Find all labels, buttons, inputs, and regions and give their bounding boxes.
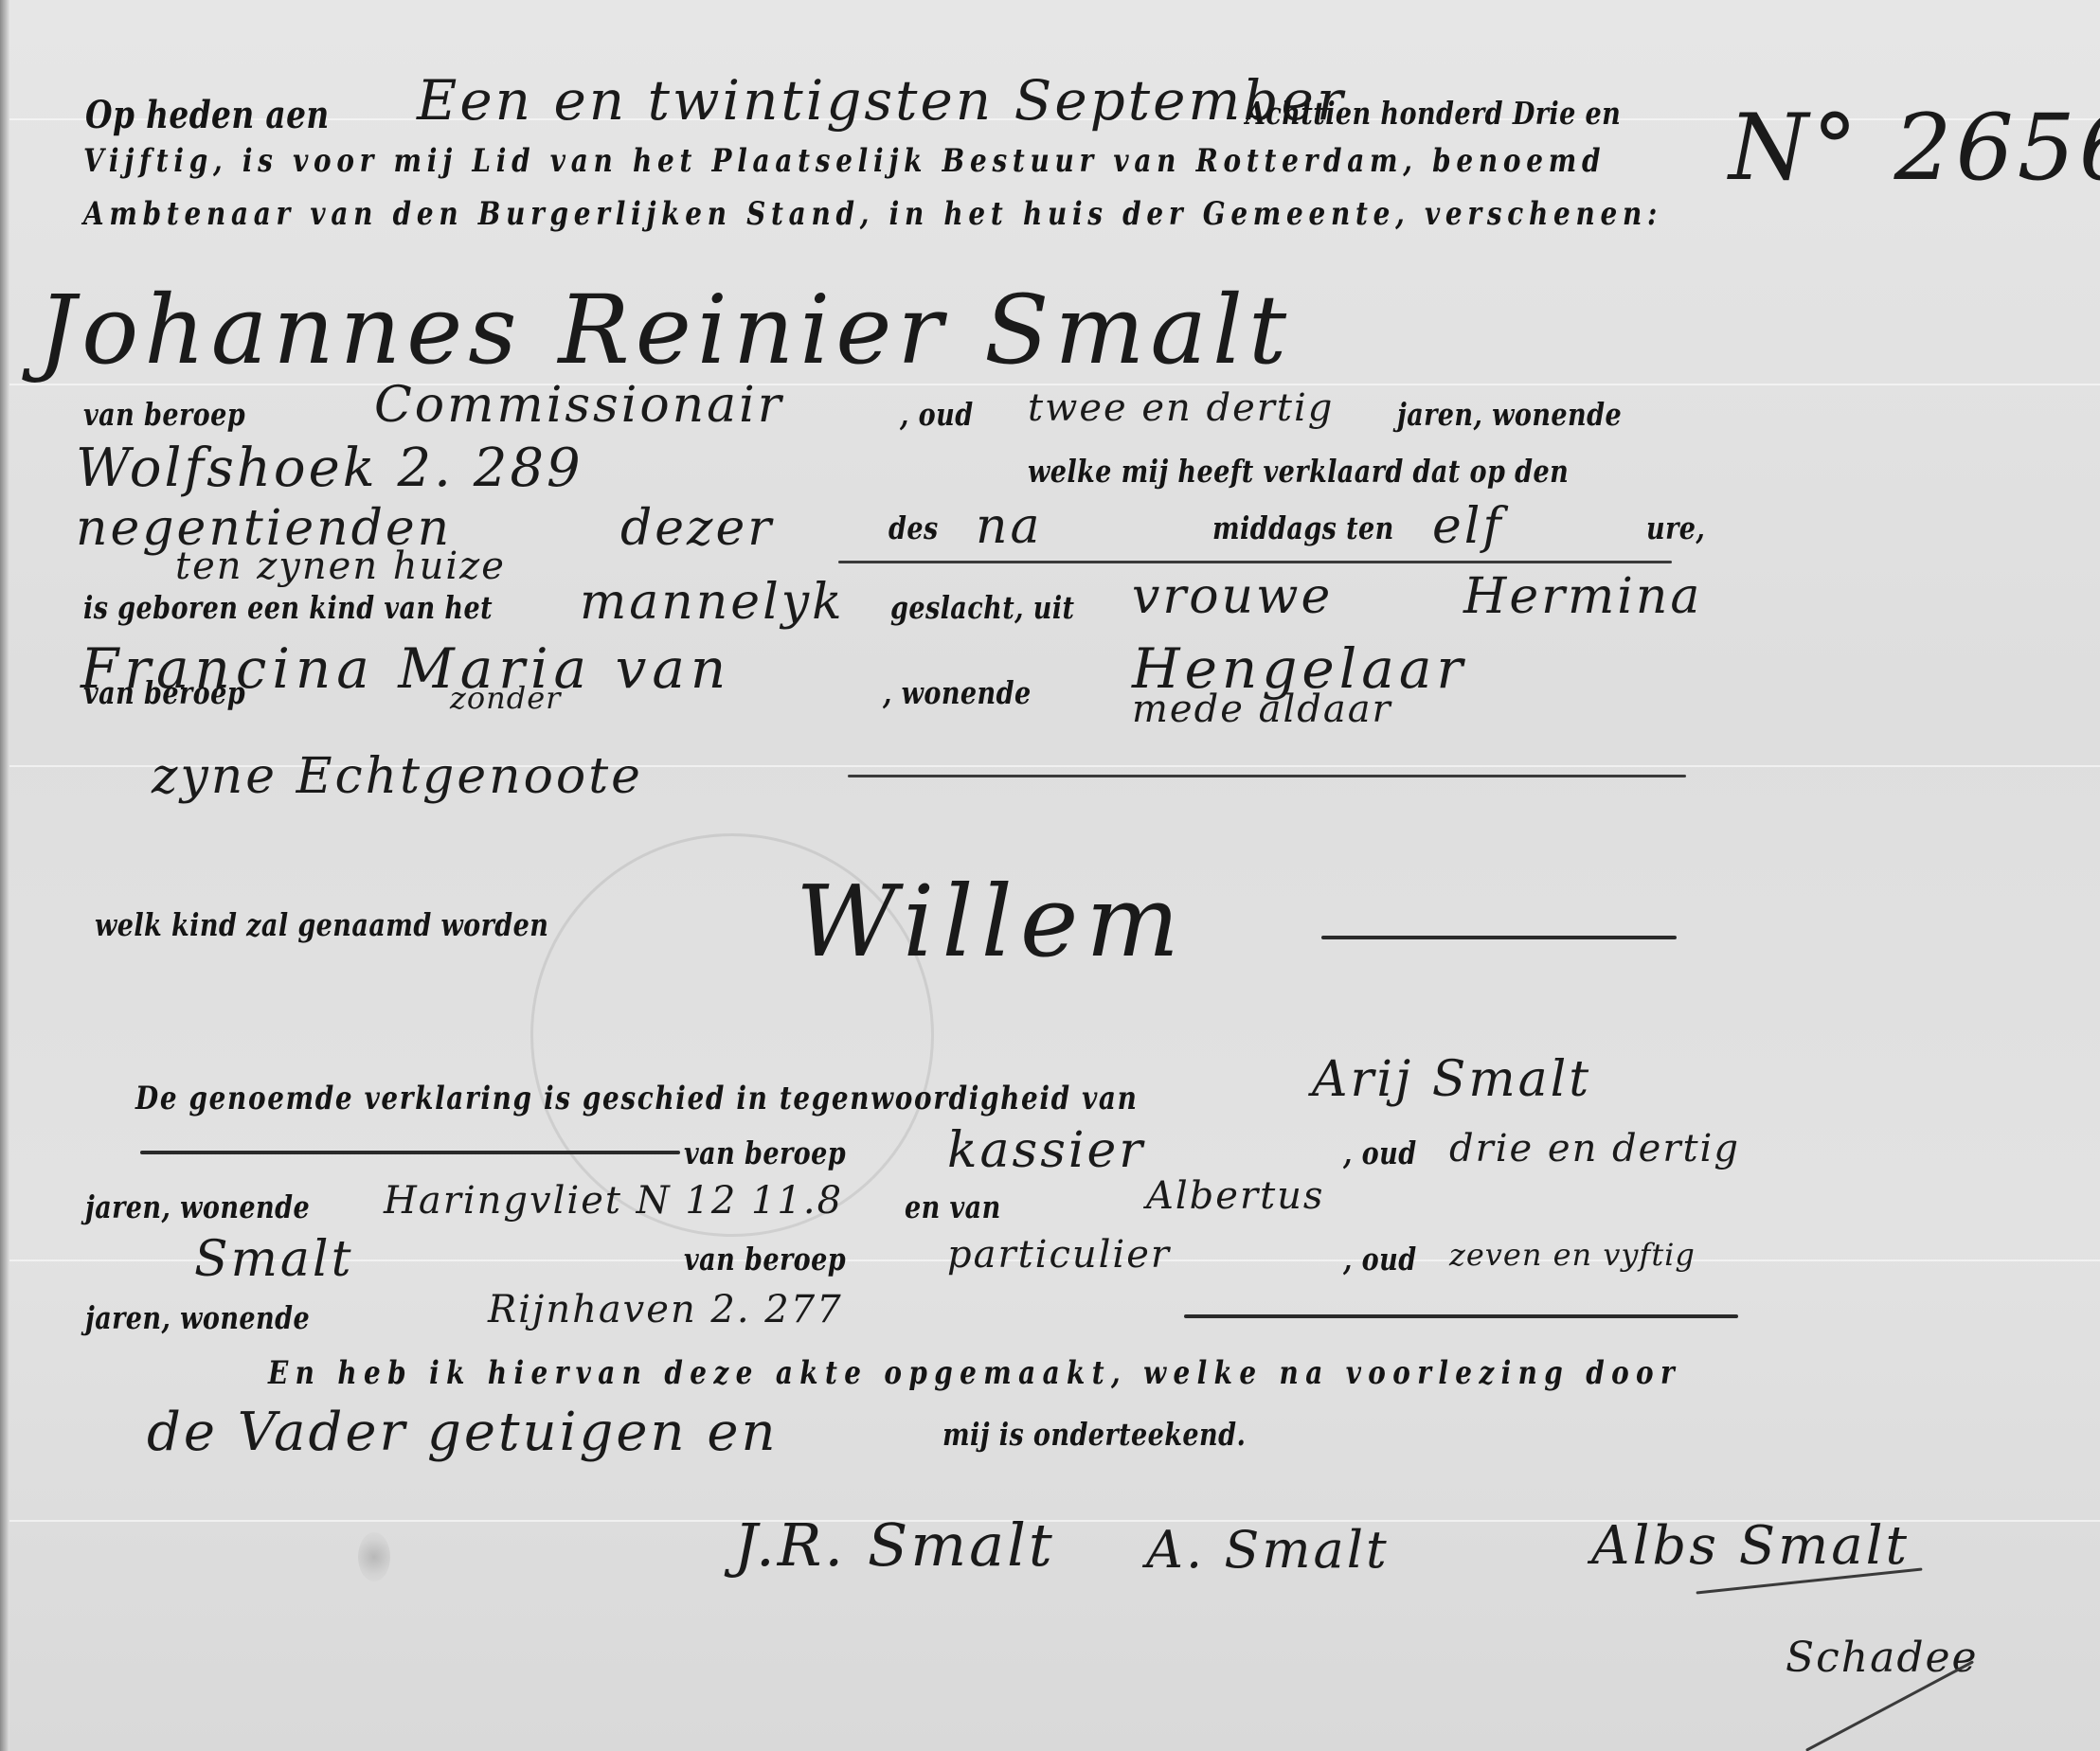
fill-line [1184,1314,1738,1318]
label-witness1-residence: jaren, wonende [85,1188,310,1225]
declarant-age: twee en dertig [1028,386,1334,430]
closing-signers: de Vader getuigen en [147,1402,779,1463]
fill-line [140,1151,680,1154]
record-number: N° 2656 [1729,95,2100,201]
witness2-surname: Smalt [194,1231,353,1288]
label-witness1-occupation: van beroep [684,1135,846,1171]
fill-line [838,561,1672,563]
witness2-age: zeven en vyftig [1449,1237,1696,1273]
label-born: is geboren een kind van het [83,589,493,626]
birth-hour: elf [1432,498,1504,555]
witness2-first-name: Albertus [1146,1174,1324,1218]
label-mother-occupation: van beroep [83,674,245,711]
intro-line-2: Vijftig, is voor mij Lid van het Plaatse… [83,142,1606,180]
label-declared: welke mij heeft verklaard dat op den [1028,453,1569,490]
label-geslacht: geslacht, uit [890,589,1074,626]
label-age: , oud [900,396,974,433]
intro-line-3: Ambtenaar van den Burgerlijken Stand, in… [83,195,1662,233]
fill-line [848,775,1686,777]
witness1-name: Arij Smalt [1312,1051,1591,1108]
witness1-age: drie en dertig [1449,1127,1740,1170]
label-witness1-age: , oud [1343,1135,1417,1171]
intro-prefix: Op heden aen [85,93,330,137]
label-mother-residence: , wonende [883,674,1032,711]
mother-first-name: Hermina [1463,568,1702,625]
signature-witness1: A. Smalt [1146,1520,1390,1580]
birth-time-of-day: na [976,498,1043,555]
label-ure: ure, [1646,509,1705,546]
label-middags: middags ten [1212,509,1394,546]
label-witness2-residence: jaren, wonende [85,1299,310,1336]
label-occupation: van beroep [83,396,245,433]
declarant-occupation: Commissionair [374,377,784,434]
certificate-page: N° 2656 Op heden aen Een en twintigsten … [0,0,2100,1751]
label-and: en van [905,1188,1001,1225]
date-handwritten: Een en twintigsten September [417,68,1346,133]
witness2-residence: Rijnhaven 2. 277 [488,1288,843,1331]
closing-line-2: mij is onderteekend. [942,1416,1246,1453]
signature-witness2: Albs Smalt [1591,1515,1910,1577]
witness1-occupation: kassier [947,1122,1145,1179]
label-child-name: welk kind zal genaamd worden [95,906,548,943]
label-witness2-age: , oud [1343,1241,1417,1278]
closing-line-1: En heb ik hiervan deze akte opgemaakt, w… [268,1354,1681,1392]
ink-spot [358,1532,390,1581]
label-des: des [888,509,939,546]
witness1-residence: Haringvliet N 12 11.8 [384,1179,843,1223]
birth-place: ten zynen huize [175,545,506,588]
birth-month: dezer [620,500,774,557]
mother-residence: mede aldaar [1132,688,1392,731]
declarant-residence: Wolfshoek 2. 289 [76,438,583,499]
witness2-occupation: particulier [947,1233,1171,1277]
mother-prefix: vrouwe [1132,568,1333,625]
witnesses-intro: De genoemde verklaring is geschied in te… [135,1080,1139,1117]
declarant-name: Johannes Reinier Smalt [38,275,1292,385]
signature-father: J.R. Smalt [734,1510,1055,1580]
mother-relation: zyne Echtgenoote [152,748,643,805]
child-name: Willem [796,864,1187,979]
page-binding-edge [0,0,9,1751]
label-witness2-occupation: van beroep [684,1241,846,1278]
child-sex: mannelyk [580,574,845,631]
year-printed: Achttien honderd Drie en [1246,95,1621,132]
label-years-residing: jaren, wonende [1397,396,1622,433]
mother-occupation: zonder [450,680,561,716]
fill-line [1321,936,1677,939]
